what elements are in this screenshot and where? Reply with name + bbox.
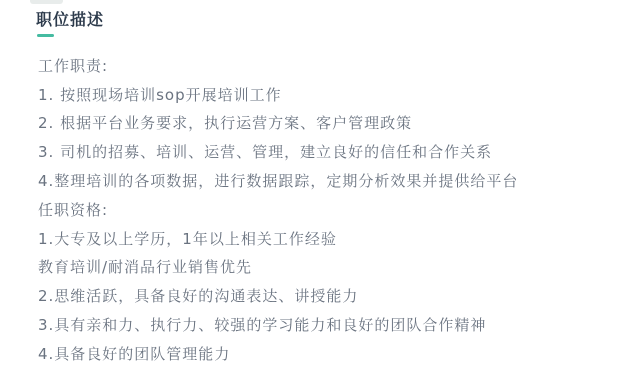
responsibility-item: 1. 按照现场培训sop开展培训工作: [38, 80, 630, 109]
title-accent-underline: [37, 34, 54, 37]
responsibility-item: 2. 根据平台业务要求，执行运营方案、客户管理政策: [38, 109, 630, 138]
cropped-element-top: [30, 0, 63, 4]
qualification-item: 3.具有亲和力、执行力、较强的学习能力和良好的团队合作精神: [38, 310, 630, 339]
qualification-item: 2.思维活跃，具备良好的沟通表达、讲授能力: [38, 281, 630, 310]
responsibility-item: 4.整理培训的各项数据，进行数据跟踪，定期分析效果并提供给平台: [38, 166, 630, 195]
job-description-content: 工作职责: 1. 按照现场培训sop开展培训工作 2. 根据平台业务要求，执行运…: [38, 51, 630, 368]
qualification-item: 4.具备良好的团队管理能力: [38, 339, 630, 368]
job-description-page: 职位描述 工作职责: 1. 按照现场培训sop开展培训工作 2. 根据平台业务要…: [0, 0, 640, 377]
responsibilities-heading: 工作职责:: [38, 51, 630, 80]
section-title: 职位描述: [36, 12, 104, 28]
responsibility-item: 3. 司机的招募、培训、运营、管理，建立良好的信任和合作关系: [38, 137, 630, 166]
qualification-item: 教育培训/耐消品行业销售优先: [38, 253, 630, 282]
qualifications-heading: 任职资格:: [38, 195, 630, 224]
qualification-item: 1.大专及以上学历，1年以上相关工作经验: [38, 224, 630, 253]
